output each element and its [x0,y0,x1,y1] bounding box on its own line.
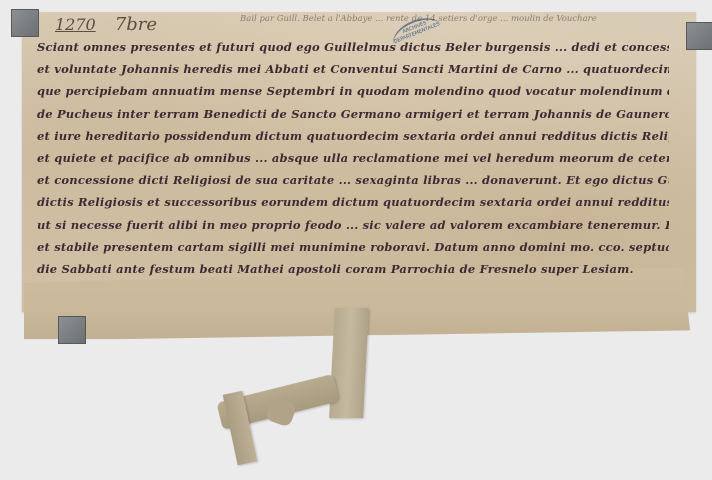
text-line: et voluntate Johannis heredis mei Abbati… [37,62,669,84]
text-line: et stabile presentem cartam sigilli mei … [37,240,669,262]
archival-date-note: 1270 7bre [55,14,157,35]
text-line: die Sabbati ante festum beati Mathei apo… [37,262,669,284]
text-line: et concessione dicti Religiosi de sua ca… [37,173,669,195]
text-line: que percipiebam annuatim mense Septembri… [37,84,669,106]
text-line: et quiete et pacifice ab omnibus ... abs… [37,151,669,173]
mounting-tab-top-right [686,22,712,50]
year-note: 1270 [55,15,96,34]
text-line: ut si necesse fuerit alibi in meo propri… [37,218,669,240]
text-line: Sciant omnes presentes et futuri quod eg… [37,40,669,62]
archival-annotation: Bail par Guill. Belet a l'Abbaye ... ren… [240,14,660,25]
mounting-tab-bottom-left [58,316,86,344]
text-line: de Pucheus inter terram Benedicti de San… [37,107,669,129]
mounting-tab-top-left [11,9,39,37]
annotation-line: Bail par Guill. Belet a l'Abbaye ... ren… [240,14,660,25]
month-note: 7bre [115,14,157,35]
text-line: dictis Religiosis et successoribus eorun… [37,195,669,217]
charter-text: Sciant omnes presentes et futuri quod eg… [37,40,669,284]
text-line: et iure hereditario possidendum dictum q… [37,129,669,151]
